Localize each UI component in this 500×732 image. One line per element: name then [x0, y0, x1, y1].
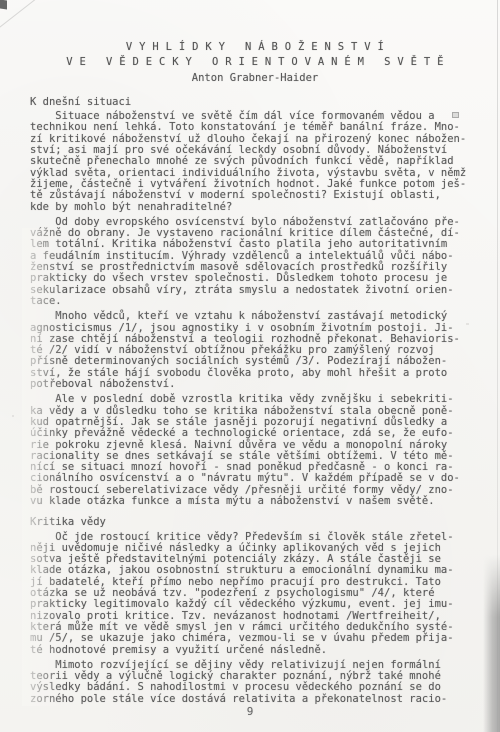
document-title-line-1: V Y H L Í D K Y N Á B O Ž E N S T V Í — [30, 42, 480, 53]
scan-edge-shadow — [483, 555, 500, 732]
paragraph: Ale v poslední době vzrostla kritika věd… — [30, 394, 480, 507]
document-body: V Y H L Í D K Y N Á B O Ž E N S T V Í V … — [30, 42, 480, 705]
paragraph: Od doby evropského osvícenství bylo nábo… — [30, 217, 480, 307]
scan-speck — [12, 415, 14, 417]
paragraph: Situace náboženství ve světě čím dál víc… — [30, 111, 480, 213]
section-heading-critique-of-science: Kritika vědy — [30, 517, 480, 528]
scan-speck — [466, 323, 469, 325]
scan-speck — [452, 112, 459, 118]
scanned-document-page: V Y H L Í D K Y N Á B O Ž E N S T V Í V … — [0, 0, 500, 732]
document-title-line-2: V E V Ě D E C K Y O R I E N T O V A N É … — [30, 57, 480, 68]
page-number: 9 — [30, 705, 470, 718]
paragraph: Mnoho vědců, kteří ve vztahu k náboženst… — [30, 311, 480, 390]
paragraph: Mimoto rozvíjející se dějiny vědy relati… — [30, 660, 480, 705]
document-author: Anton Grabner-Haider — [30, 73, 480, 84]
paragraph: Oč jde rostoucí kritice vědy? Především … — [30, 532, 480, 656]
scan-corner-mark — [0, 0, 7, 9]
section-heading-situation: K dnešní situaci — [30, 97, 480, 108]
